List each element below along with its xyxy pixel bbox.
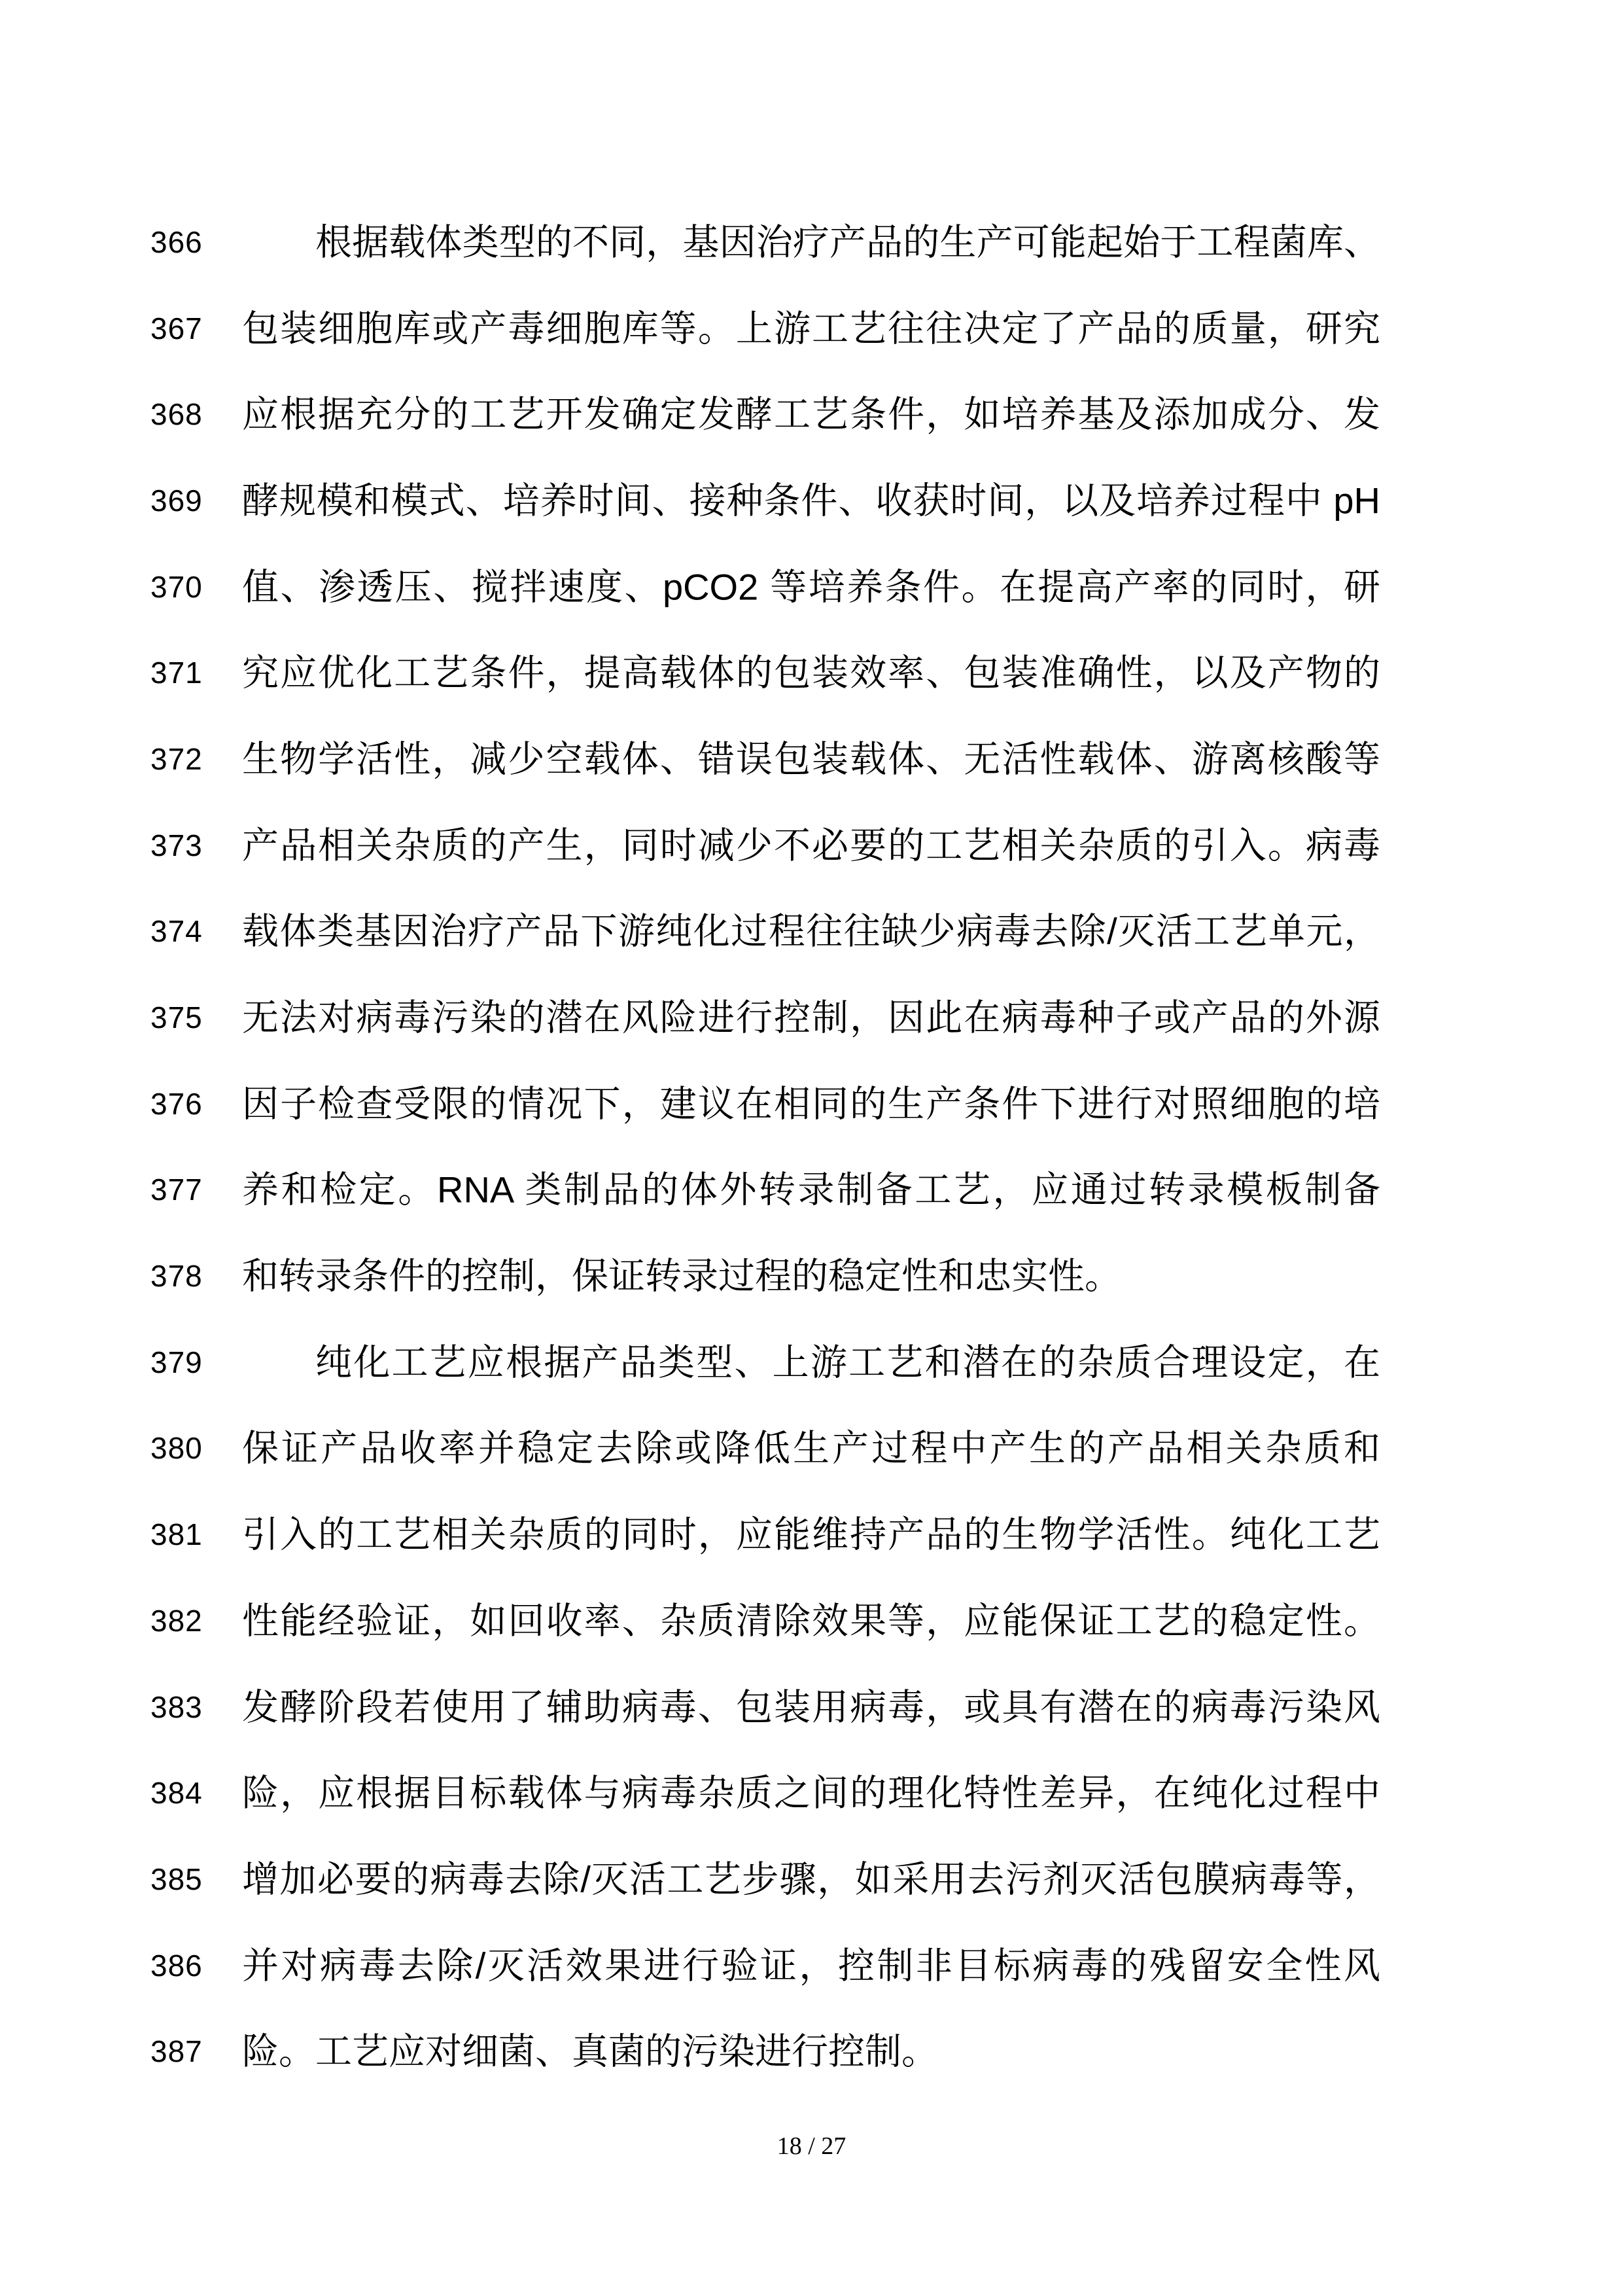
text-line-row: 385增加必要的病毒去除/灭活工艺步骤，如采用去污剂灭活包膜病毒等， — [0, 1836, 1623, 1922]
line-number: 387 — [150, 2034, 203, 2069]
text-line-row: 386并对病毒去除/灭活效果进行验证，控制非目标病毒的残留安全性风 — [0, 1922, 1623, 2009]
line-text: 保证产品收率并稳定去除或降低生产过程中产生的产品相关杂质和 — [242, 1426, 1380, 1470]
text-line-row: 382性能经验证，如回收率、杂质清除效果等，应能保证工艺的稳定性。 — [0, 1578, 1623, 1664]
line-number: 372 — [150, 741, 203, 777]
text-line-row: 369酵规模和模式、培养时间、接种条件、收获时间，以及培养过程中 pH — [0, 457, 1623, 544]
line-number: 384 — [150, 1775, 203, 1810]
line-text: 无法对病毒污染的潜在风险进行控制，因此在病毒种子或产品的外源 — [242, 995, 1380, 1039]
line-number: 379 — [150, 1345, 203, 1380]
text-line-row: 373产品相关杂质的产生，同时减少不必要的工艺相关杂质的引入。病毒 — [0, 802, 1623, 889]
text-line-row: 370值、渗透压、搅拌速度、pCO2 等培养条件。在提高产率的同时，研 — [0, 544, 1623, 630]
text-line-row: 377养和检定。RNA 类制品的体外转录制备工艺，应通过转录模板制备 — [0, 1147, 1623, 1233]
line-number: 369 — [150, 483, 203, 518]
text-line-row: 371究应优化工艺条件，提高载体的包装效率、包装准确性，以及产物的 — [0, 629, 1623, 716]
line-number: 373 — [150, 828, 203, 863]
line-number: 367 — [150, 311, 203, 346]
line-number: 371 — [150, 655, 203, 690]
line-number: 374 — [150, 913, 203, 949]
line-text: 险，应根据目标载体与病毒杂质之间的理化特性差异，在纯化过程中 — [242, 1771, 1380, 1815]
text-line-row: 384险，应根据目标载体与病毒杂质之间的理化特性差异，在纯化过程中 — [0, 1750, 1623, 1836]
text-line-row: 375无法对病毒污染的潜在风险进行控制，因此在病毒种子或产品的外源 — [0, 974, 1623, 1061]
line-text: 并对病毒去除/灭活效果进行验证，控制非目标病毒的残留安全性风 — [242, 1943, 1380, 1987]
line-number: 378 — [150, 1258, 203, 1294]
line-text: 性能经验证，如回收率、杂质清除效果等，应能保证工艺的稳定性。 — [242, 1598, 1380, 1642]
text-line-row: 376因子检查受限的情况下，建议在相同的生产条件下进行对照细胞的培 — [0, 1061, 1623, 1147]
line-text: 值、渗透压、搅拌速度、pCO2 等培养条件。在提高产率的同时，研 — [242, 565, 1380, 609]
line-text: 载体类基因治疗产品下游纯化过程往往缺少病毒去除/灭活工艺单元， — [242, 910, 1380, 953]
text-line-row: 381引入的工艺相关杂质的同时，应能维持产品的生物学活性。纯化工艺 — [0, 1491, 1623, 1578]
line-text: 纯化工艺应根据产品类型、上游工艺和潜在的杂质合理设定，在 — [242, 1340, 1380, 1384]
line-text: 究应优化工艺条件，提高载体的包装效率、包装准确性，以及产物的 — [242, 651, 1380, 695]
page-number: 18 / 27 — [0, 2132, 1623, 2161]
line-text: 应根据充分的工艺开发确定发酵工艺条件，如培养基及添加成分、发 — [242, 393, 1380, 436]
line-text: 产品相关杂质的产生，同时减少不必要的工艺相关杂质的引入。病毒 — [242, 823, 1380, 867]
line-number: 381 — [150, 1517, 203, 1552]
line-number: 366 — [150, 224, 203, 260]
line-text: 酵规模和模式、培养时间、接种条件、收获时间，以及培养过程中 pH — [242, 478, 1380, 522]
line-number: 368 — [150, 397, 203, 432]
line-text: 包装细胞库或产毒细胞库等。上游工艺往往决定了产品的质量，研究 — [242, 306, 1380, 350]
line-text: 和转录条件的控制，保证转录过程的稳定性和忠实性。 — [242, 1254, 1380, 1298]
line-number: 385 — [150, 1862, 203, 1897]
text-line-row: 383发酵阶段若使用了辅助病毒、包装用病毒，或具有潜在的病毒污染风 — [0, 1664, 1623, 1750]
line-number: 386 — [150, 1948, 203, 1983]
line-number: 377 — [150, 1172, 203, 1207]
text-line-row: 380保证产品收率并稳定去除或降低生产过程中产生的产品相关杂质和 — [0, 1405, 1623, 1492]
text-line-row: 387险。工艺应对细菌、真菌的污染进行控制。 — [0, 2008, 1623, 2094]
document-page: 366根据载体类型的不同，基因治疗产品的生产可能起始于工程菌库、367包装细胞库… — [0, 0, 1623, 2296]
line-text: 生物学活性，减少空载体、错误包装载体、无活性载体、游离核酸等 — [242, 737, 1380, 781]
line-number: 380 — [150, 1430, 203, 1466]
line-text: 因子检查受限的情况下，建议在相同的生产条件下进行对照细胞的培 — [242, 1082, 1380, 1125]
line-text: 养和检定。RNA 类制品的体外转录制备工艺，应通过转录模板制备 — [242, 1168, 1380, 1212]
line-text: 根据载体类型的不同，基因治疗产品的生产可能起始于工程菌库、 — [242, 220, 1380, 264]
text-line-row: 374载体类基因治疗产品下游纯化过程往往缺少病毒去除/灭活工艺单元， — [0, 889, 1623, 975]
line-text: 增加必要的病毒去除/灭活工艺步骤，如采用去污剂灭活包膜病毒等， — [242, 1857, 1380, 1901]
text-line-row: 368应根据充分的工艺开发确定发酵工艺条件，如培养基及添加成分、发 — [0, 371, 1623, 457]
line-number: 383 — [150, 1689, 203, 1725]
text-line-row: 372生物学活性，减少空载体、错误包装载体、无活性载体、游离核酸等 — [0, 716, 1623, 802]
text-line-row: 367包装细胞库或产毒细胞库等。上游工艺往往决定了产品的质量，研究 — [0, 285, 1623, 372]
numbered-text-block: 366根据载体类型的不同，基因治疗产品的生产可能起始于工程菌库、367包装细胞库… — [0, 199, 1623, 2094]
line-number: 382 — [150, 1603, 203, 1638]
line-text: 险。工艺应对细菌、真菌的污染进行控制。 — [242, 2030, 1380, 2074]
text-line-row: 379纯化工艺应根据产品类型、上游工艺和潜在的杂质合理设定，在 — [0, 1319, 1623, 1405]
line-number: 370 — [150, 569, 203, 605]
line-number: 376 — [150, 1086, 203, 1122]
line-number: 375 — [150, 1000, 203, 1035]
text-line-row: 366根据载体类型的不同，基因治疗产品的生产可能起始于工程菌库、 — [0, 199, 1623, 285]
line-text: 引入的工艺相关杂质的同时，应能维持产品的生物学活性。纯化工艺 — [242, 1513, 1380, 1557]
text-line-row: 378和转录条件的控制，保证转录过程的稳定性和忠实性。 — [0, 1233, 1623, 1319]
line-text: 发酵阶段若使用了辅助病毒、包装用病毒，或具有潜在的病毒污染风 — [242, 1685, 1380, 1729]
